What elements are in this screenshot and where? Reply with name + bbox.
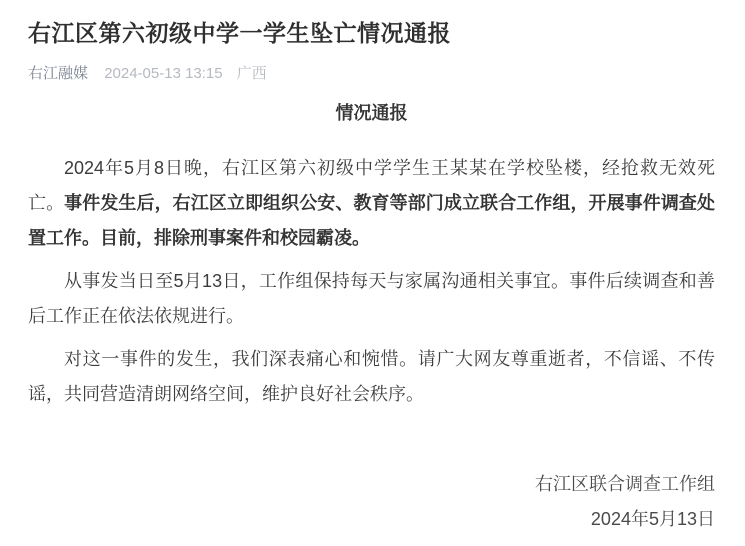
- article-title: 右江区第六初级中学一学生坠亡情况通报: [28, 18, 715, 49]
- paragraph-followup: 从事发当日至5月13日，工作组保持每天与家属沟通相关事宜。事件后续调查和善后工作…: [28, 264, 715, 334]
- publish-timestamp: 2024-05-13 13:15: [104, 65, 222, 82]
- signature-date: 2024年5月13日: [28, 502, 715, 537]
- notice-heading: 情况通报: [28, 101, 715, 126]
- signature-block: 右江区联合调查工作组 2024年5月13日: [28, 467, 715, 537]
- article-meta: 右江融媒 2024-05-13 13:15 广西: [28, 64, 715, 84]
- article-content: 情况通报 2024年5月8日晚，右江区第六初级中学学生王某某在学校坠楼，经抢救无…: [28, 101, 715, 537]
- paragraph-incident-bold-text: 事件发生后，右江区立即组织公安、教育等部门成立联合工作组，开展事件调查处置工作。…: [28, 193, 715, 248]
- publisher-name[interactable]: 右江融媒: [28, 65, 88, 82]
- paragraph-incident: 2024年5月8日晚，右江区第六初级中学学生王某某在学校坠楼，经抢救无效死亡。事…: [28, 151, 715, 256]
- paragraph-appeal: 对这一事件的发生，我们深表痛心和惋惜。请广大网友尊重逝者，不信谣、不传谣，共同营…: [28, 342, 715, 412]
- signature-organization: 右江区联合调查工作组: [28, 467, 715, 502]
- article-page: 右江区第六初级中学一学生坠亡情况通报 右江融媒 2024-05-13 13:15…: [0, 0, 745, 546]
- publish-location: 广西: [237, 65, 267, 82]
